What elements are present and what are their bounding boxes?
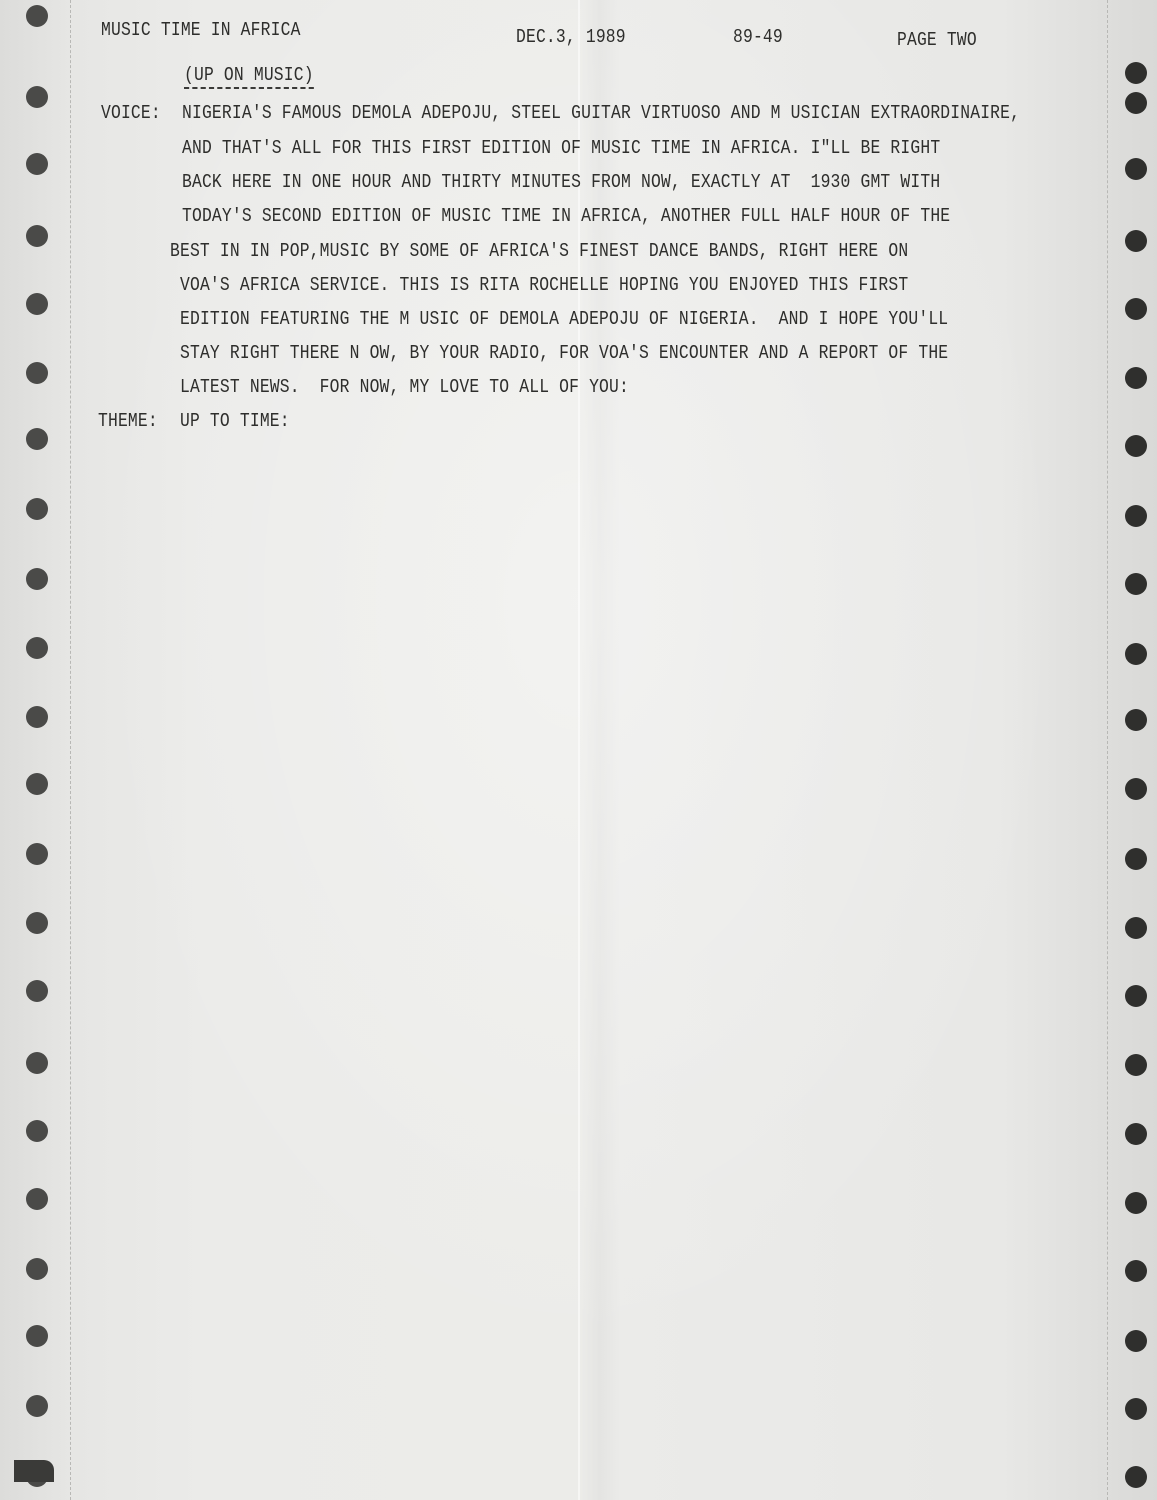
feed-hole-icon	[26, 843, 48, 865]
feed-hole-icon	[1125, 1123, 1147, 1145]
music-cue-text: (UP ON MUSIC)	[184, 64, 314, 89]
music-cue: (UP ON MUSIC)	[184, 64, 314, 86]
feed-hole-icon	[26, 912, 48, 934]
feed-hole-icon	[26, 293, 48, 315]
feed-hole-icon	[1125, 158, 1147, 180]
theme-text: UP TO TIME:	[180, 410, 290, 432]
program-title: MUSIC TIME IN AFRICA	[101, 19, 301, 41]
feed-hole-icon	[26, 568, 48, 590]
feed-hole-icon	[1125, 1260, 1147, 1282]
feed-hole-icon	[1125, 505, 1147, 527]
voice-line: EDITION FEATURING THE M USIC OF DEMOLA A…	[180, 308, 948, 330]
feed-hole-icon	[26, 1052, 48, 1074]
feed-hole-icon	[1125, 917, 1147, 939]
right-perforation-line	[1107, 0, 1108, 1500]
voice-line: BEST IN IN POP,MUSIC BY SOME OF AFRICA'S…	[170, 240, 908, 262]
left-perforation-line	[70, 0, 71, 1500]
feed-hole-icon	[1125, 435, 1147, 457]
program-number: 89-49	[733, 26, 783, 48]
feed-hole-icon	[1125, 573, 1147, 595]
feed-hole-icon	[1125, 1054, 1147, 1076]
feed-hole-icon	[26, 773, 48, 795]
feed-hole-icon	[1125, 367, 1147, 389]
feed-hole-icon	[1125, 1192, 1147, 1214]
feed-hole-icon	[1125, 92, 1147, 114]
feed-hole-icon	[1125, 298, 1147, 320]
broadcast-date: DEC.3, 1989	[516, 26, 626, 48]
feed-hole-icon	[26, 498, 48, 520]
feed-hole-icon	[1125, 1398, 1147, 1420]
feed-hole-icon	[1125, 1330, 1147, 1352]
theme-label: THEME:	[98, 410, 158, 432]
feed-hole-icon	[1125, 985, 1147, 1007]
voice-line: STAY RIGHT THERE N OW, BY YOUR RADIO, FO…	[180, 342, 948, 364]
feed-hole-icon	[1125, 1466, 1147, 1488]
page-label: PAGE TWO	[897, 29, 977, 51]
scan-corner-mark	[14, 1460, 54, 1482]
feed-hole-icon	[1125, 709, 1147, 731]
voice-line: NIGERIA'S FAMOUS DEMOLA ADEPOJU, STEEL G…	[182, 102, 1020, 124]
feed-hole-icon	[1125, 643, 1147, 665]
feed-hole-icon	[1125, 848, 1147, 870]
feed-hole-icon	[26, 637, 48, 659]
feed-hole-icon	[1125, 778, 1147, 800]
feed-hole-icon	[26, 153, 48, 175]
voice-line: LATEST NEWS. FOR NOW, MY LOVE TO ALL OF …	[180, 376, 629, 398]
feed-hole-icon	[26, 1395, 48, 1417]
voice-line: TODAY'S SECOND EDITION OF MUSIC TIME IN …	[182, 205, 950, 227]
feed-hole-icon	[26, 706, 48, 728]
feed-hole-icon	[26, 362, 48, 384]
feed-hole-icon	[26, 86, 48, 108]
feed-hole-icon	[26, 980, 48, 1002]
voice-line: BACK HERE IN ONE HOUR AND THIRTY MINUTES…	[182, 171, 940, 193]
feed-hole-icon	[26, 225, 48, 247]
feed-hole-icon	[1125, 230, 1147, 252]
feed-hole-icon	[26, 1258, 48, 1280]
feed-hole-icon	[26, 5, 48, 27]
voice-line: AND THAT'S ALL FOR THIS FIRST EDITION OF…	[182, 137, 940, 159]
feed-hole-icon	[26, 428, 48, 450]
feed-hole-icon	[26, 1325, 48, 1347]
voice-line: VOA'S AFRICA SERVICE. THIS IS RITA ROCHE…	[180, 274, 908, 296]
voice-label: VOICE:	[101, 102, 161, 124]
feed-hole-icon	[1125, 62, 1147, 84]
feed-hole-icon	[26, 1120, 48, 1142]
feed-hole-icon	[26, 1188, 48, 1210]
